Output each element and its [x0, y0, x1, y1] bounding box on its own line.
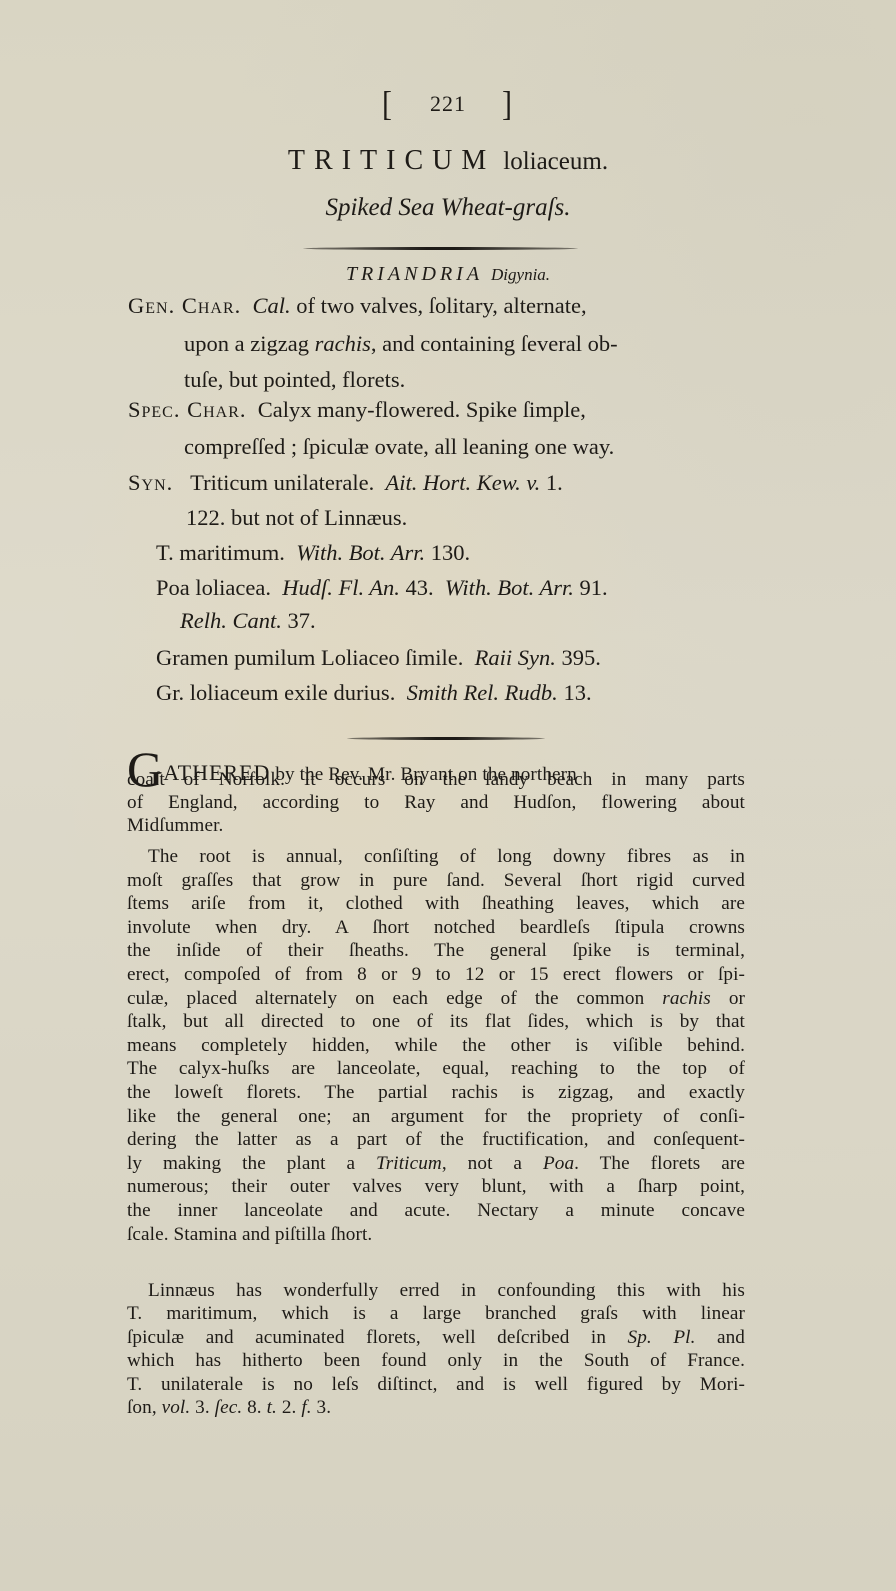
para2-line-7: culæ, placed alternately on each edge of… [127, 988, 745, 1010]
spec-char-label: Spec. Char. [128, 397, 247, 422]
page-number-value: 221 [430, 91, 466, 116]
para2-line-16: the inner lanceolate and acute. Nectary … [127, 1200, 745, 1222]
ornamental-rule-middle [347, 737, 545, 740]
para2-line-15: numerous; their outer valves very blunt,… [127, 1176, 745, 1198]
ornamental-rule-top [303, 247, 578, 250]
synonym-1-continued: 122. but not of Linnæus. [186, 505, 407, 531]
para3-line-4: which has hitherto been found only in th… [127, 1350, 745, 1372]
para3-line-6: ſon, vol. 3. ſec. 8. t. 2. f. 3. [127, 1397, 745, 1419]
para3-line-3: ſpiculæ and acuminated florets, well deſ… [127, 1327, 745, 1349]
order-name: Digynia. [491, 265, 550, 284]
spec-char-line-1: Spec. Char. Calyx many-flowered. Spike ſ… [128, 397, 586, 423]
para1-line-2: coaſt of Norfolk. It occurs on the ſandy… [127, 769, 745, 791]
bracket-close: ] [502, 85, 514, 124]
common-name: Spiked Sea Wheat-graſs. [0, 194, 896, 222]
gen-char-line-3: tuſe, but pointed, florets. [184, 367, 405, 393]
para2-line-9: means completely hidden, while the other… [127, 1035, 745, 1057]
para2-line-2: moſt graſſes that grow in pure ſand. Sev… [127, 870, 745, 892]
para2-line-3: ſtems ariſe from it, clothed with ſheath… [127, 893, 745, 915]
para2-line-5: the inſide of their ſheaths. The general… [127, 940, 745, 962]
para2-line-1: The root is annual, conſiſting of long d… [148, 846, 745, 868]
spec-char-line-2: compreſſed ; ſpiculæ ovate, all leaning … [184, 434, 614, 460]
gen-char-line-1: Gen. Char. Cal. of two valves, ſolitary,… [128, 293, 587, 319]
syn-label: Syn. [128, 470, 173, 495]
species-title: TRITICUMloliaceum. [0, 145, 896, 177]
gen-char-label: Gen. Char. [128, 293, 241, 318]
synonym-2: T. maritimum. With. Bot. Arr. 130. [156, 540, 470, 566]
para2-line-10: The calyx-huſks are lanceolate, equal, r… [127, 1058, 745, 1080]
species-epithet: loliaceum. [503, 148, 608, 175]
para2-line-6: erect, compoſed of from 8 or 9 to 12 or … [127, 964, 745, 986]
para2-line-12: like the general one; an argument for th… [127, 1106, 745, 1128]
synonym-3-continued: Relh. Cant. 37. [180, 608, 316, 634]
para3-line-1: Linnæus has wonderfully erred in confoun… [148, 1280, 745, 1302]
para2-line-8: ſtalk, but all directed to one of its fl… [127, 1011, 745, 1033]
para1-line-4: Midſummer. [127, 815, 745, 837]
synonym-4: Gramen pumilum Loliaceo ſimile. Raii Syn… [156, 645, 601, 671]
linnaean-class: TRIANDRIADigynia. [0, 263, 896, 286]
para2-line-13: dering the latter as a part of the fruct… [127, 1129, 745, 1151]
book-page: [221] TRITICUMloliaceum. Spiked Sea Whea… [0, 0, 896, 1591]
class-name: TRIANDRIA [346, 263, 483, 285]
page-number: [221] [0, 88, 896, 122]
para3-line-5: T. unilaterale is no leſs diſtinct, and … [127, 1374, 745, 1396]
genus-name: TRITICUM [288, 145, 495, 176]
para3-line-2: T. maritimum, which is a large branched … [127, 1303, 745, 1325]
para2-line-17: ſcale. Stamina and piſtilla ſhort. [127, 1224, 745, 1246]
synonym-1: Syn. Triticum unilaterale. Ait. Hort. Ke… [128, 470, 563, 496]
para2-line-11: the loweſt florets. The partial rachis i… [127, 1082, 745, 1104]
bracket-open: [ [382, 85, 394, 124]
synonym-5: Gr. loliaceum exile durius. Smith Rel. R… [156, 680, 592, 706]
para1-line-3: of England, according to Ray and Hudſon,… [127, 792, 745, 814]
para2-line-4: involute when dry. A ſhort notched beard… [127, 917, 745, 939]
gen-char-line-2: upon a zigzag rachis, and containing ſev… [184, 331, 618, 357]
synonym-3: Poa loliacea. Hudſ. Fl. An. 43. With. Bo… [156, 575, 608, 601]
para2-line-14: ly making the plant a Triticum, not a Po… [127, 1153, 745, 1175]
